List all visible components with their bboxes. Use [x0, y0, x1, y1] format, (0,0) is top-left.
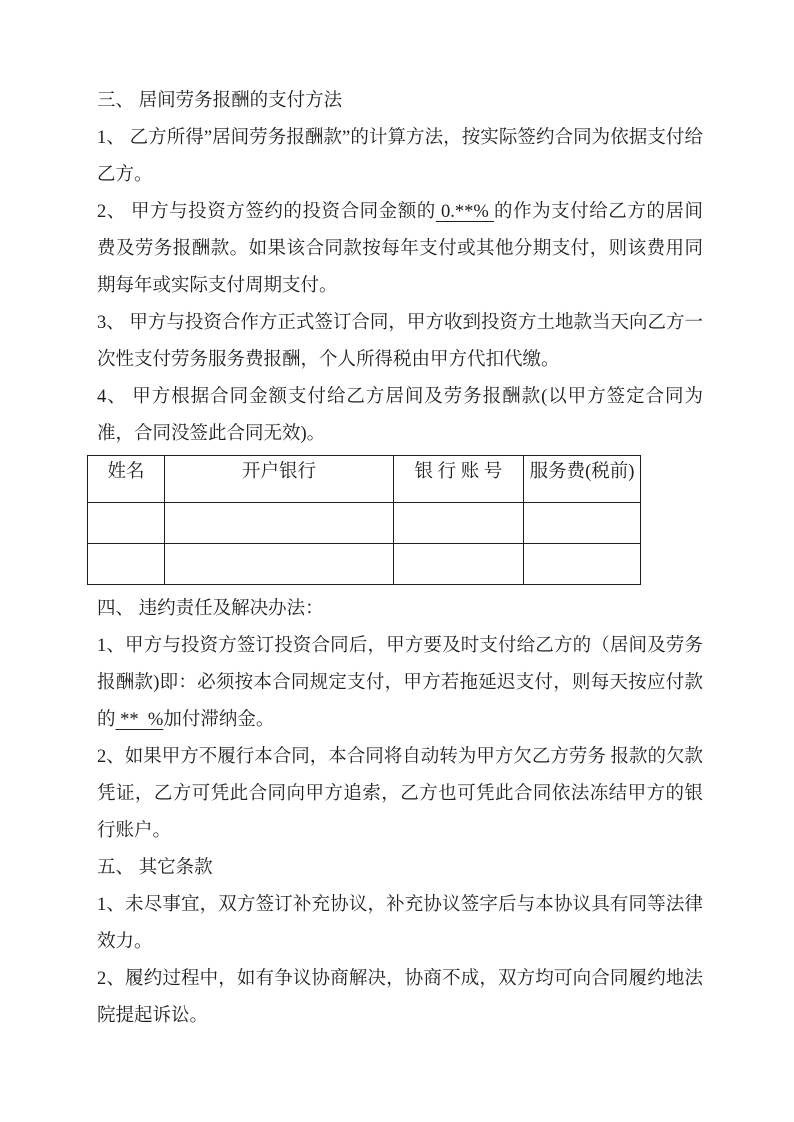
- late-fee-rate-blank: ** %: [116, 710, 164, 730]
- section3-item3: 3、 甲方与投资合作方正式签订合同，甲方收到投资方土地款当天向乙方一次性支付劳务…: [97, 305, 703, 379]
- section3-item1: 1、 乙方所得”居间劳务报酬款”的计算方法，按实际签约合同为依据支付给乙方。: [97, 120, 703, 194]
- section4-item2: 2、如果甲方不履行本合同，本合同将自动转为甲方欠乙方劳务 报款的欠款凭证，乙方可…: [97, 739, 703, 850]
- table-row: [88, 503, 641, 544]
- contract-page: 三、 居间劳务报酬的支付方法 1、 乙方所得”居间劳务报酬款”的计算方法，按实际…: [0, 0, 794, 1122]
- table-cell: [524, 544, 641, 585]
- section4-item1-after: 加付滞纳金。: [163, 710, 274, 730]
- table-cell: [88, 544, 165, 585]
- table-cell: [165, 503, 394, 544]
- table-cell: [165, 544, 394, 585]
- commission-rate-blank: 0.**%: [436, 202, 494, 222]
- section3-item4: 4、 甲方根据合同金额支付给乙方居间及劳务报酬款(以甲方签定合同为准，合同没签此…: [97, 379, 703, 453]
- table-cell: [394, 503, 524, 544]
- table-row: [88, 544, 641, 585]
- header-bank: 开户银行: [165, 456, 394, 503]
- payment-table: 姓名 开户银行 银 行 账 号 服务费(税前): [87, 455, 641, 585]
- section5-item2: 2、履约过程中，如有争议协商解决，协商不成，双方均可向合同履约地法院提起诉讼。: [97, 961, 703, 1035]
- section3-item2: 2、 甲方与投资方签约的投资合同金额的 0.**% 的作为支付给乙方的居间费及劳…: [97, 194, 703, 305]
- section5-item1: 1、未尽事宜，双方签订补充协议，补充协议签字后与本协议具有同等法律效力。: [97, 887, 703, 961]
- section3-heading: 三、 居间劳务报酬的支付方法: [97, 83, 703, 120]
- header-account: 银 行 账 号: [394, 456, 524, 503]
- payment-table-header-row: 姓名 开户银行 银 行 账 号 服务费(税前): [88, 456, 641, 503]
- table-cell: [524, 503, 641, 544]
- header-service-fee: 服务费(税前): [524, 456, 641, 503]
- section5-heading: 五、 其它条款: [97, 850, 703, 887]
- table-cell: [88, 503, 165, 544]
- section4-item1: 1、甲方与投资方签订投资合同后，甲方要及时支付给乙方的（居间及劳务报酬款)即：必…: [97, 628, 703, 739]
- table-cell: [394, 544, 524, 585]
- section3-item2-before: 2、 甲方与投资方签约的投资合同金额的: [97, 202, 436, 222]
- section4-heading: 四、 违约责任及解决办法：: [97, 591, 703, 628]
- header-name: 姓名: [88, 456, 165, 503]
